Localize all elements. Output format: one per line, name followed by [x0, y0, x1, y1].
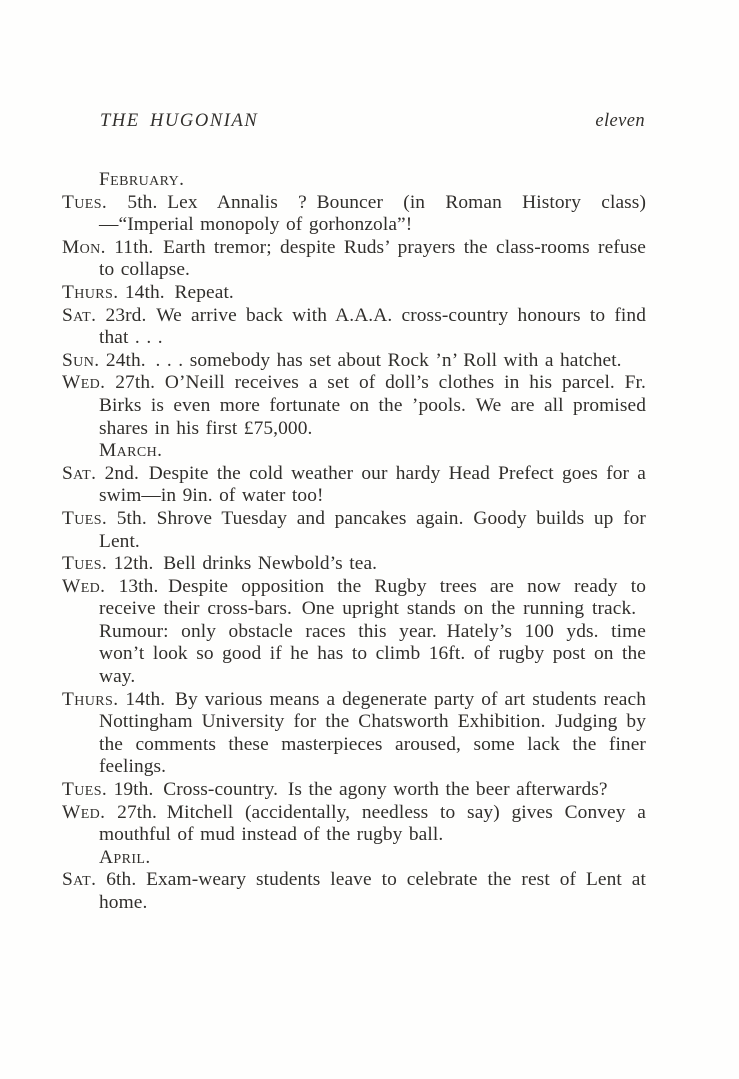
- entry-day-label: Sat.: [62, 869, 96, 890]
- month-heading: March.: [99, 440, 646, 463]
- entry-day-label: Wed.: [62, 576, 105, 597]
- entry-day-label: Wed.: [62, 372, 105, 393]
- diary-entry: Tues. 19th. Cross-country. Is the agony …: [99, 779, 646, 802]
- diary-entry: Thurs. 14th. By various means a degenera…: [99, 689, 646, 779]
- entry-text: 5th. Lex Annalis ? Bouncer (in Roman His…: [99, 192, 646, 236]
- entry-text: 27th. O’Neill receives a set of doll’s c…: [99, 372, 646, 438]
- diary-entry: Wed. 27th. O’Neill receives a set of dol…: [99, 372, 646, 440]
- diary-entry: Tues. 5th. Shrove Tuesday and pancakes a…: [99, 508, 646, 553]
- month-heading: April.: [99, 847, 646, 870]
- entry-text: 24th. . . . somebody has set about Rock …: [99, 350, 621, 371]
- entry-day-label: Tues.: [62, 192, 107, 213]
- entry-text: 14th. By various means a degenerate part…: [99, 689, 646, 778]
- diary-entry: Wed. 27th. Mitchell (accidentally, needl…: [99, 802, 646, 847]
- entry-text: 12th. Bell drinks Newbold’s tea.: [107, 553, 377, 574]
- entry-day-label: Wed.: [62, 802, 105, 823]
- entry-text: 5th. Shrove Tuesday and pancakes again. …: [99, 508, 646, 552]
- diary-entries-list: February.Tues. 5th. Lex Annalis ? Bounce…: [99, 169, 646, 915]
- entry-text: 23rd. We arrive back with A.A.A. cross-c…: [96, 305, 646, 349]
- diary-entry: Sat. 23rd. We arrive back with A.A.A. cr…: [99, 305, 646, 350]
- entry-text: 11th. Earth tremor; despite Ruds’ prayer…: [99, 237, 646, 281]
- entry-day-label: Sat.: [62, 463, 96, 484]
- page-number: eleven: [595, 111, 645, 132]
- diary-entry: Mon. 11th. Earth tremor; despite Ruds’ p…: [99, 237, 646, 282]
- entry-text: 14th. Repeat.: [118, 282, 233, 303]
- diary-entry: Tues. 5th. Lex Annalis ? Bouncer (in Rom…: [99, 192, 646, 237]
- entry-day-label: Tues.: [62, 779, 107, 800]
- diary-entry: Sun. 24th. . . . somebody has set about …: [99, 350, 646, 373]
- entry-day-label: Mon.: [62, 237, 106, 258]
- entry-day-label: Thurs.: [62, 689, 118, 710]
- entry-day-label: Sun.: [62, 350, 99, 371]
- entry-text: 6th. Exam-weary students leave to celebr…: [96, 869, 646, 913]
- magazine-title: THE HUGONIAN: [100, 111, 258, 132]
- diary-entry: Sat. 6th. Exam-weary students leave to c…: [99, 869, 646, 914]
- entry-text: 19th. Cross-country. Is the agony worth …: [107, 779, 608, 800]
- entry-text: 27th. Mitchell (accidentally, needless t…: [99, 802, 646, 846]
- entry-day-label: Thurs.: [62, 282, 118, 303]
- diary-entry: Tues. 12th. Bell drinks Newbold’s tea.: [99, 553, 646, 576]
- diary-entry: Thurs. 14th. Repeat.: [99, 282, 646, 305]
- entry-day-label: Tues.: [62, 553, 107, 574]
- entry-text: 2nd. Despite the cold weather our hardy …: [96, 463, 646, 507]
- month-heading: February.: [99, 169, 646, 192]
- diary-entry: Wed. 13th. Despite opposition the Rugby …: [99, 576, 646, 689]
- page-header: THE HUGONIAN eleven: [100, 111, 645, 132]
- entry-text: 13th. Despite opposition the Rugby trees…: [99, 576, 646, 687]
- magazine-page: THE HUGONIAN eleven February.Tues. 5th. …: [0, 0, 739, 1079]
- diary-entry: Sat. 2nd. Despite the cold weather our h…: [99, 463, 646, 508]
- entry-day-label: Tues.: [62, 508, 107, 529]
- entry-day-label: Sat.: [62, 305, 96, 326]
